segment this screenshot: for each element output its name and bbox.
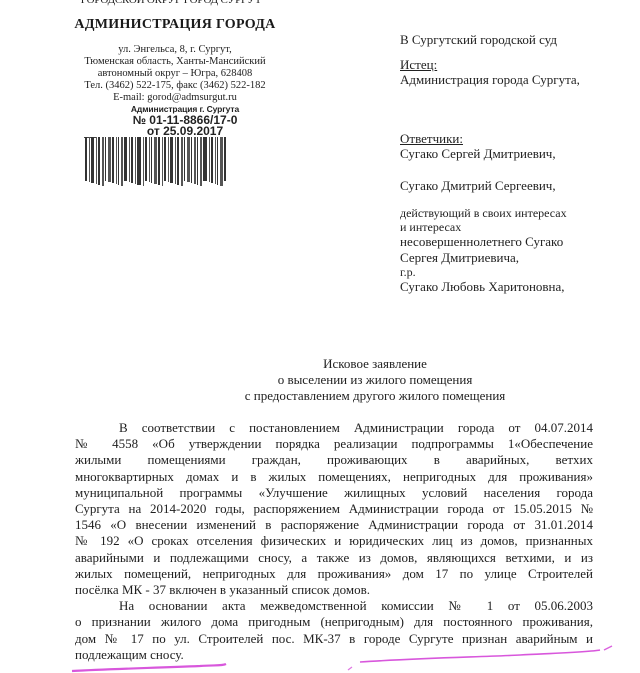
handwritten-underline-annotation bbox=[0, 0, 640, 673]
